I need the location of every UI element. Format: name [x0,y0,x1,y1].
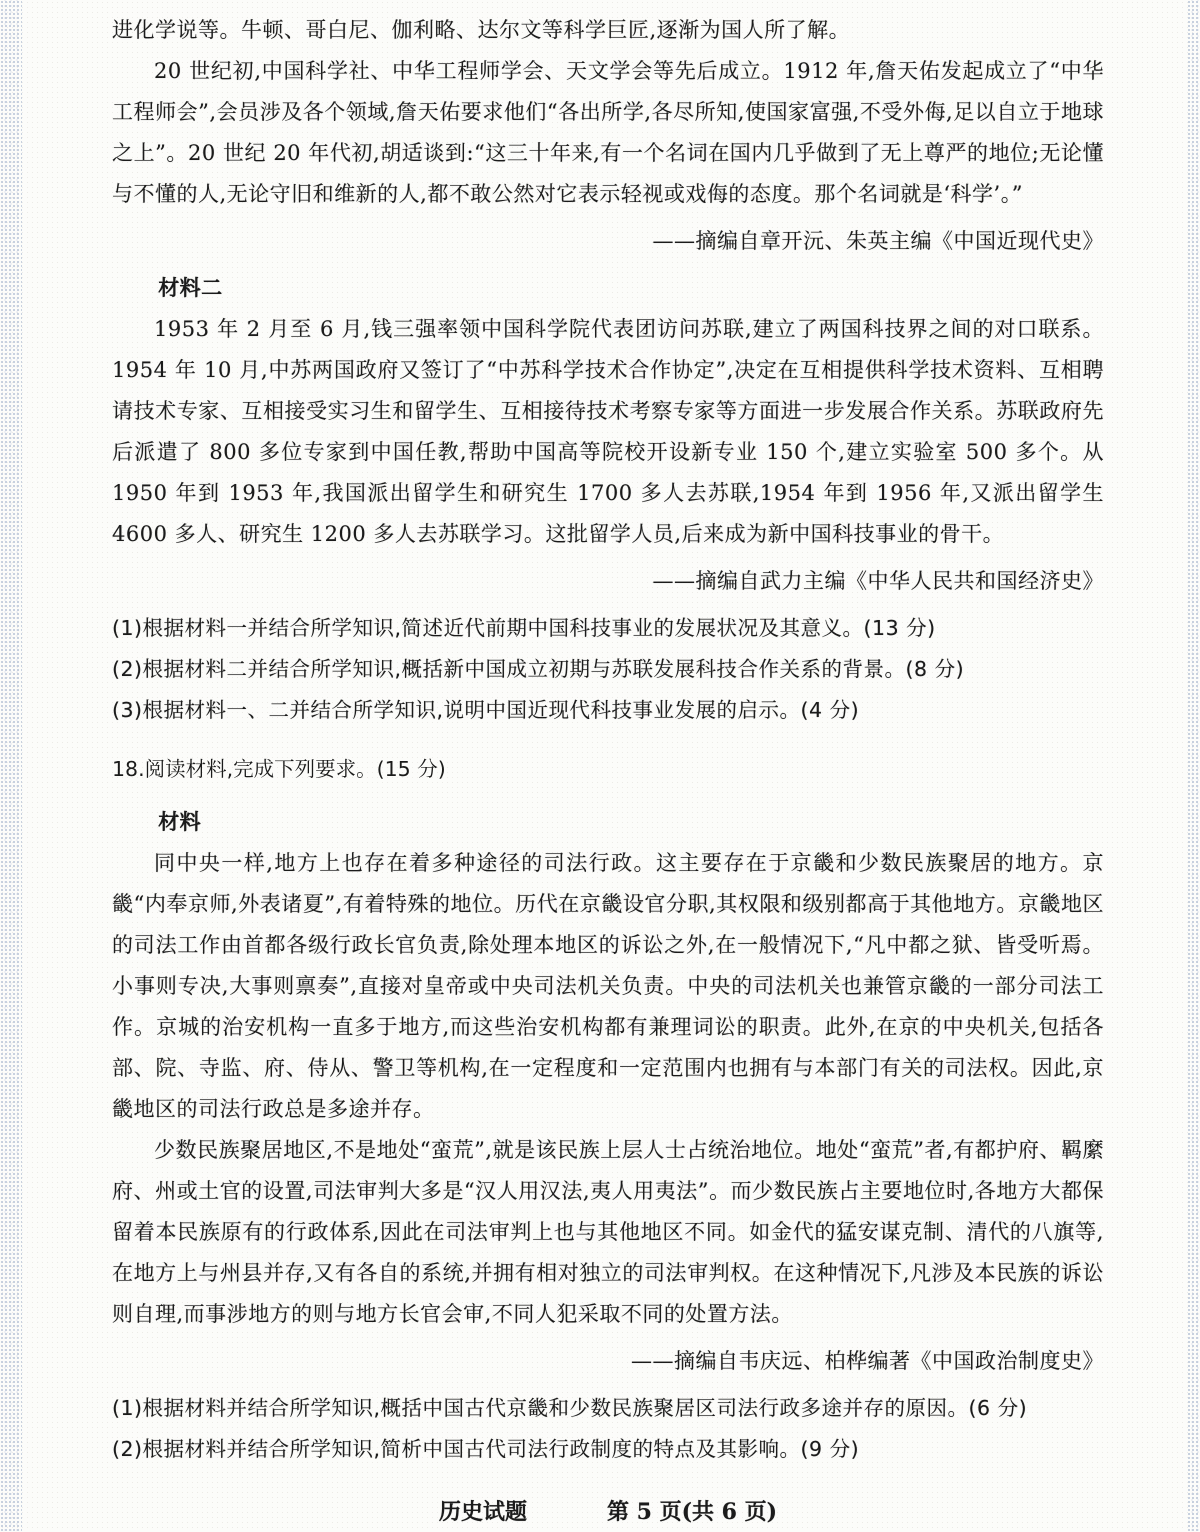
q18-material-label: 材料 [112,802,1104,843]
q18-subquestion-2: (2)根据材料并结合所学知识,简析中国古代司法行政制度的特点及其影响。(9 分) [112,1429,1104,1470]
scan-margin-left [0,0,22,1532]
q17-material2-paragraph: 1953 年 2 月至 6 月,钱三强率领中国科学院代表团访问苏联,建立了两国科… [112,309,1104,555]
footer-doc-title: 历史试题 [439,1492,527,1532]
scan-margin-right [1187,0,1200,1532]
q17-material2-label: 材料二 [112,268,1104,309]
q18-material-paragraph-2: 少数民族聚居地区,不是地处“蛮荒”,就是该民族上层人士占统治地位。地处“蛮荒”者… [112,1130,1104,1335]
q17-material2-citation: ——摘编自武力主编《中华人民共和国经济史》 [112,561,1104,602]
scanned-exam-page: { "q17": { "material1_continuation": "进化… [0,0,1200,1532]
q18-material-paragraph-1: 同中央一样,地方上也存在着多种途径的司法行政。这主要存在于京畿和少数民族聚居的地… [112,843,1104,1130]
page-footer: 历史试题 第 5 页(共 6 页) [112,1492,1104,1532]
q17-subquestion-2: (2)根据材料二并结合所学知识,概括新中国成立初期与苏联发展科技合作关系的背景。… [112,649,1104,690]
exam-page-content: 进化学说等。牛顿、哥白尼、伽利略、达尔文等科学巨匠,逐渐为国人所了解。 20 世… [112,10,1104,1532]
q17-material1-continuation: 进化学说等。牛顿、哥白尼、伽利略、达尔文等科学巨匠,逐渐为国人所了解。 [112,10,1104,51]
q18-header: 18.阅读材料,完成下列要求。(15 分) [112,752,1104,782]
q18-subquestion-1: (1)根据材料并结合所学知识,概括中国古代京畿和少数民族聚居区司法行政多途并存的… [112,1388,1104,1429]
q17-material1-paragraph: 20 世纪初,中国科学社、中华工程师学会、天文学会等先后成立。1912 年,詹天… [112,51,1104,215]
q17-subquestion-3: (3)根据材料一、二并结合所学知识,说明中国近现代科技事业发展的启示。(4 分) [112,690,1104,731]
q18-material-citation: ——摘编自韦庆远、柏桦编著《中国政治制度史》 [112,1341,1104,1382]
footer-page-number: 第 5 页(共 6 页) [607,1492,777,1532]
q17-material1-citation: ——摘编自章开沅、朱英主编《中国近现代史》 [112,221,1104,262]
q17-subquestion-1: (1)根据材料一并结合所学知识,简述近代前期中国科技事业的发展状况及其意义。(1… [112,608,1104,649]
